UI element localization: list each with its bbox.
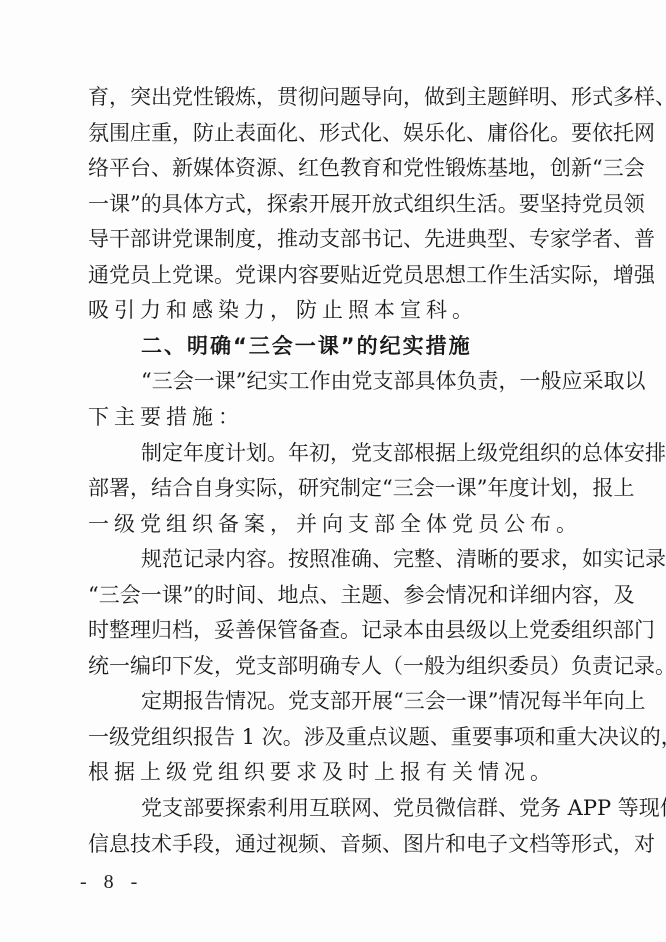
section-heading: 二、明确“三会一课”的纪实措施 — [141, 331, 566, 361]
text-line: 制定年度计划。年初，党支部根据上级党组织的总体安排 — [141, 438, 566, 468]
page-number: - 8 - — [80, 869, 143, 895]
text-line: 部署，结合自身实际，研究制定“三会一课”年度计划，报上 — [88, 473, 566, 503]
text-line: 信息技术手段，通过视频、音频、图片和电子文档等形式，对 — [88, 829, 566, 859]
text-line: 根据上级党组织要求及时上报有关情况。 — [88, 757, 566, 787]
text-line: 规范记录内容。按照准确、完整、清晰的要求，如实记录 — [141, 544, 566, 574]
text-line: 一级党组织报告 1 次。涉及重点议题、重要事项和重大决议的， — [88, 722, 566, 752]
text-line: 育，突出党性锻炼，贯彻问题导向，做到主题鲜明、形式多样、 — [88, 82, 566, 112]
text-line: “三会一课”纪实工作由党支部具体负责，一般应采取以 — [141, 366, 566, 396]
document-page: 育，突出党性锻炼，贯彻问题导向，做到主题鲜明、形式多样、氛围庄重，防止表面化、形… — [0, 0, 666, 942]
text-line: 时整理归档，妥善保管备查。记录本由县级以上党委组织部门 — [88, 615, 566, 645]
text-line: 一课”的具体方式，探索开展开放式组织生活。要坚持党员领 — [88, 189, 566, 219]
text-line: “三会一课”的时间、地点、主题、参会情况和详细内容，及 — [88, 580, 566, 610]
text-line: 党支部要探索利用互联网、党员微信群、党务 APP 等现代 — [141, 793, 566, 823]
text-line: 络平台、新媒体资源、红色教育和党性锻炼基地，创新“三会 — [88, 153, 566, 183]
text-line: 通党员上党课。党课内容要贴近党员思想工作生活实际，增强 — [88, 260, 566, 290]
text-line: 统一编印下发，党支部明确专人（一般为组织委员）负责记录。 — [88, 651, 566, 681]
text-line: 一级党组织备案，并向支部全体党员公布。 — [88, 509, 566, 539]
text-line: 导干部讲党课制度，推动支部书记、先进典型、专家学者、普 — [88, 224, 566, 254]
text-line: 定期报告情况。党支部开展“三会一课”情况每半年向上 — [141, 686, 566, 716]
text-line: 吸引力和感染力，防止照本宣科。 — [88, 295, 566, 325]
text-line: 氛围庄重，防止表面化、形式化、娱乐化、庸俗化。要依托网 — [88, 118, 566, 148]
text-line: 下主要措施： — [88, 402, 566, 432]
